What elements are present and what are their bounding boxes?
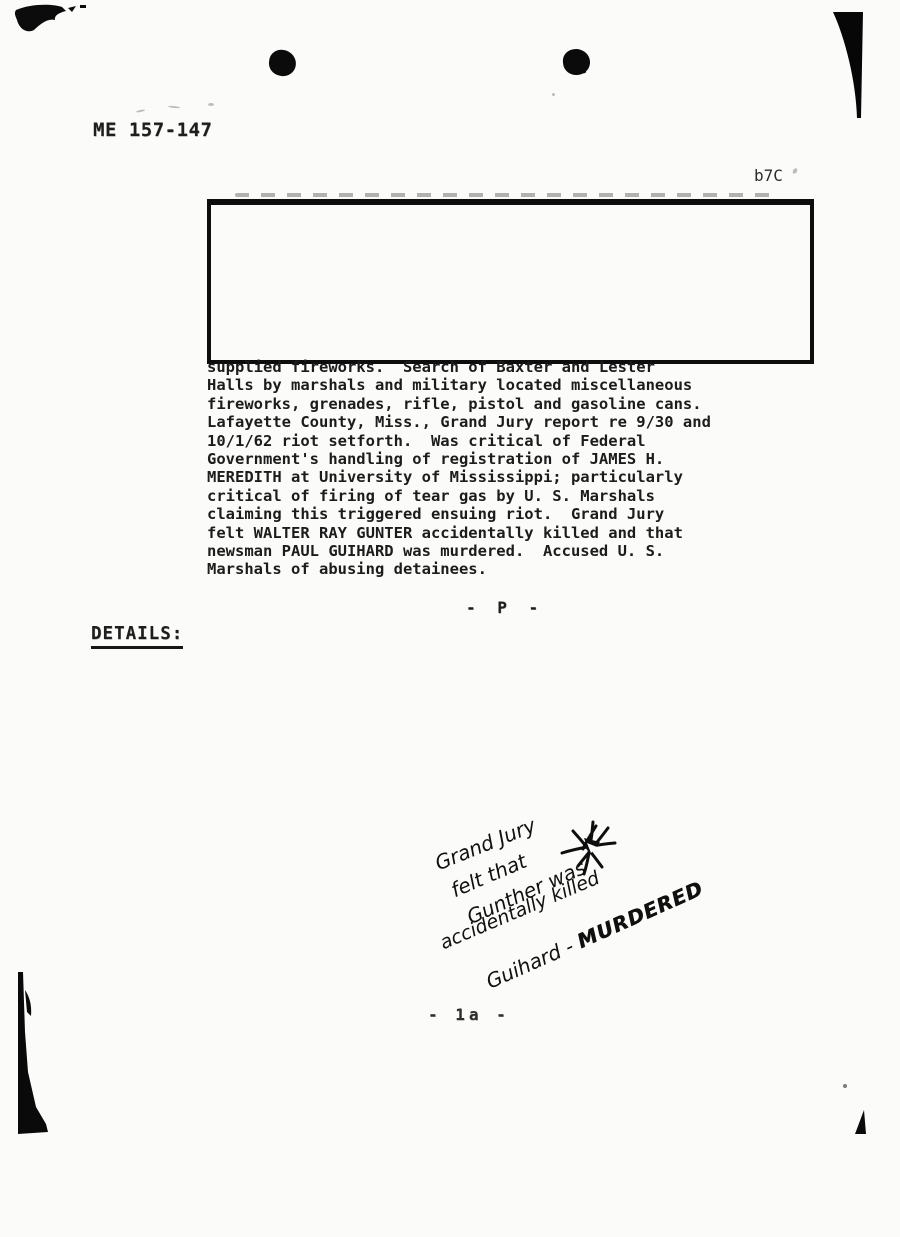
scan-speckle	[208, 103, 214, 106]
scan-speckle	[552, 93, 555, 96]
synopsis-line: Government's handling of registration of…	[207, 450, 711, 468]
details-heading: DETAILS:	[91, 624, 183, 649]
synopsis-line: 10/1/62 riot setforth. Was critical of F…	[207, 432, 711, 450]
document-page: ME 157-147 b7C reported to have supplied…	[0, 0, 900, 1237]
case-number: ME 157-147	[93, 119, 212, 141]
redaction-box	[207, 199, 814, 364]
exemption-code: b7C	[754, 166, 783, 185]
synopsis-line: felt WALTER RAY GUNTER accidentally kill…	[207, 524, 711, 542]
synopsis-line: MEREDITH at University of Mississippi; p…	[207, 468, 711, 486]
synopsis-line: Lafayette County, Miss., Grand Jury repo…	[207, 413, 711, 431]
synopsis-line: Halls by marshals and military located m…	[207, 376, 711, 394]
scan-speckle	[136, 109, 145, 113]
synopsis-line: fireworks, grenades, rifle, pistol and g…	[207, 395, 711, 413]
scan-speckle	[168, 105, 180, 108]
synopsis-line: supplied fireworks. Search of Baxter and…	[207, 358, 711, 376]
synopsis-line: critical of firing of tear gas by U. S. …	[207, 487, 711, 505]
scan-smudge-line	[235, 193, 780, 197]
scan-artifact-top-left	[10, 2, 100, 44]
scan-artifact-bottom-right	[852, 1108, 870, 1140]
scan-speckle	[792, 167, 798, 174]
hole-punch-right	[562, 48, 592, 77]
hole-punch-left	[267, 48, 297, 78]
synopsis-line: Marshals of abusing detainees.	[207, 560, 711, 578]
synopsis-paragraph: supplied fireworks. Search of Baxter and…	[207, 358, 711, 579]
scan-artifact-left-edge	[12, 972, 64, 1142]
handwritten-name: Guihard -	[482, 931, 583, 993]
scan-speckle	[843, 1084, 847, 1088]
section-marker: - P -	[466, 598, 544, 617]
scan-artifact-top-right	[823, 6, 871, 126]
synopsis-line: claiming this triggered ensuing riot. Gr…	[207, 505, 711, 523]
synopsis-line: newsman PAUL GUIHARD was murdered. Accus…	[207, 542, 711, 560]
